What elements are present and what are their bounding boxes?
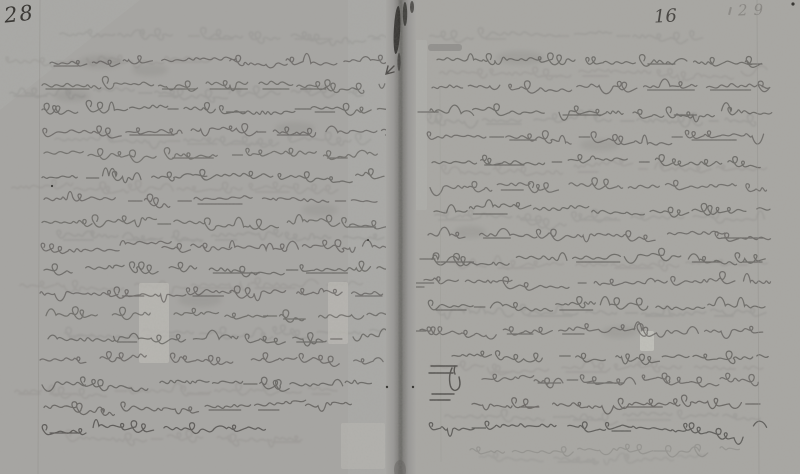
paper-grain-texture — [0, 0, 800, 474]
folio-number-right-corner: 29 — [738, 0, 770, 19]
folio-number-right-center: 16 — [653, 5, 677, 27]
manuscript-scan: 28 16 29 — [0, 0, 800, 474]
folio-number-left: 28 — [3, 0, 36, 27]
scan-canvas — [0, 0, 800, 474]
